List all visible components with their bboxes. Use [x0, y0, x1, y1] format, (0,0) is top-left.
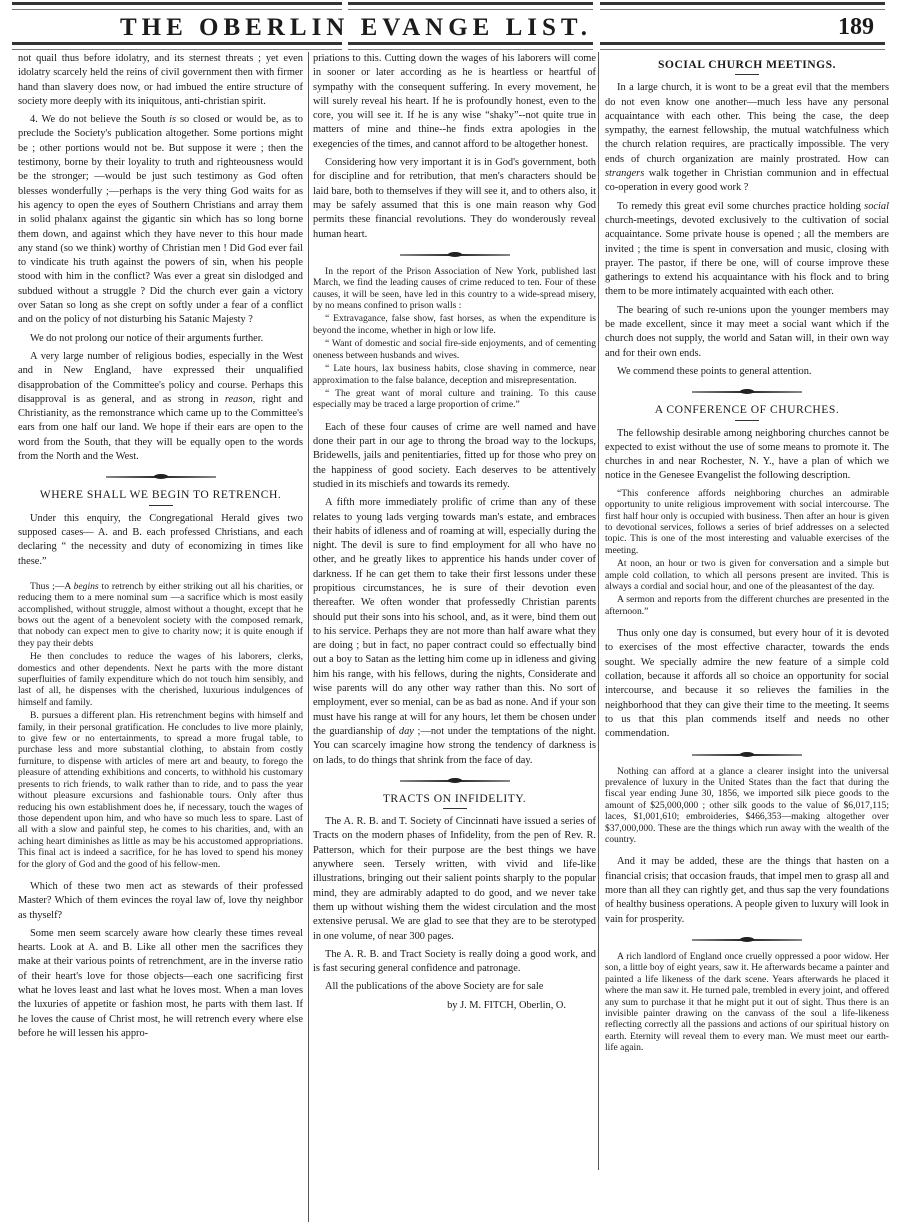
section-divider: [400, 780, 510, 782]
heading-rule: [735, 420, 759, 421]
header-top-rule: [600, 2, 885, 10]
text-run: so closed or would be, as to preclude th…: [18, 114, 303, 325]
paragraph: And it may be added, these are the thing…: [605, 855, 889, 926]
paragraph: Under this enquiry, the Congregational H…: [18, 512, 303, 569]
newspaper-title: THE OBERLIN EVANGE LIST.: [120, 14, 592, 42]
paragraph: A very large number of religious bodies,…: [18, 350, 303, 464]
paragraph: Considering how very important it is in …: [313, 156, 596, 242]
paragraph: Some men seem scarcely aware how clearly…: [18, 927, 303, 1041]
masthead: THE OBERLIN EVANGE LIST. 189: [0, 12, 900, 42]
quote-item: “ Want of domestic and social fire-side …: [313, 338, 596, 361]
paragraph: To remedy this great evil some churches …: [605, 200, 889, 300]
quote-item: “ Late hours, lax business habits, close…: [313, 363, 596, 386]
article-heading-retrench: WHERE SHALL WE BEGIN TO RETRENCH.: [18, 488, 303, 502]
paragraph: The fellowship desirable among neighbori…: [605, 427, 889, 484]
quote-item: “ Extravagance, false show, fast horses,…: [313, 313, 596, 336]
paragraph: In the report of the Prison Association …: [313, 266, 596, 312]
paragraph: The A. R. B. and Tract Society is really…: [313, 948, 596, 977]
paragraph: Which of these two men act as stewards o…: [18, 880, 303, 923]
section-divider: [692, 754, 802, 756]
header-bottom-rule: [348, 42, 593, 50]
paragraph: He then concludes to reduce the wages of…: [18, 651, 303, 708]
quote-item: “This conference affords neighboring chu…: [605, 488, 889, 556]
emphasis: day: [399, 726, 414, 737]
text-run: In a large church, it is wont to be a gr…: [605, 82, 889, 164]
text-run: walk together in Christian communion and…: [605, 168, 889, 193]
article-heading-conference: A CONFERENCE OF CHURCHES.: [605, 403, 889, 417]
paragraph: A fifth more immediately prolific of cri…: [313, 496, 596, 768]
header-top-rule: [12, 2, 342, 10]
paragraph: priations to this. Cutting down the wage…: [313, 52, 596, 152]
article-heading-tracts: TRACTS ON INFIDELITY.: [313, 792, 596, 806]
heading-rule: [149, 505, 173, 506]
paragraph: 4. We do not believe the South is so clo…: [18, 113, 303, 327]
paragraph: All the publications of the above Societ…: [313, 980, 596, 994]
quote-item: At noon, an hour or two is given for con…: [605, 558, 889, 592]
text-run: church-meetings, devoted exclusively to …: [605, 215, 889, 297]
section-divider: [106, 476, 216, 478]
section-divider: [692, 391, 802, 393]
paragraph: The bearing of such re-unions upon the y…: [605, 304, 889, 361]
paragraph: Nothing can afford at a glance a clearer…: [605, 766, 889, 846]
text-run: To remedy this great evil some churches …: [617, 201, 864, 212]
section-divider: [692, 939, 802, 941]
quote-item: A sermon and reports from the different …: [605, 594, 889, 617]
column-1: not quail thus before idolatry, and its …: [18, 52, 303, 1045]
paragraph: not quail thus before idolatry, and its …: [18, 52, 303, 109]
heading-rule: [735, 74, 759, 75]
header-top-rule: [348, 2, 593, 10]
paragraph: Thus ;—A begins to retrench by either st…: [18, 581, 303, 649]
header-bottom-rule: [600, 42, 885, 50]
page-number: 189: [838, 14, 874, 41]
quote-item: “ The great want of moral culture and tr…: [313, 388, 596, 411]
section-divider: [400, 254, 510, 256]
paragraph: The A. R. B. and T. Society of Cincinnat…: [313, 815, 596, 944]
column-3: SOCIAL CHURCH MEETINGS. In a large churc…: [598, 52, 889, 1170]
paragraph: We do not prolong our notice of their ar…: [18, 332, 303, 346]
paragraph: B. pursues a different plan. His retrenc…: [18, 710, 303, 870]
emphasis: strangers: [605, 168, 644, 179]
header-bottom-rule: [12, 42, 342, 50]
heading-rule: [443, 808, 467, 809]
article-heading-social-church-meetings: SOCIAL CHURCH MEETINGS.: [605, 58, 889, 72]
paragraph: We commend these points to general atten…: [605, 365, 889, 379]
paragraph: Each of these four causes of crime are w…: [313, 421, 596, 492]
emphasis: social: [864, 201, 889, 212]
paragraph: A rich landlord of England once cruelly …: [605, 951, 889, 1054]
paragraph: Thus only one day is consumed, but every…: [605, 627, 889, 741]
text-run: 4. We do not believe the South: [30, 114, 169, 125]
text-run: A fifth more immediately prolific of cri…: [313, 497, 596, 737]
column-2: priations to this. Cutting down the wage…: [308, 52, 596, 1222]
emphasis: begins: [74, 581, 99, 592]
emphasis: reason: [225, 394, 253, 405]
paragraph: In a large church, it is wont to be a gr…: [605, 81, 889, 195]
text-run: Thus ;—A: [30, 581, 74, 592]
signature: by J. M. FITCH, Oberlin, O.: [313, 999, 596, 1013]
